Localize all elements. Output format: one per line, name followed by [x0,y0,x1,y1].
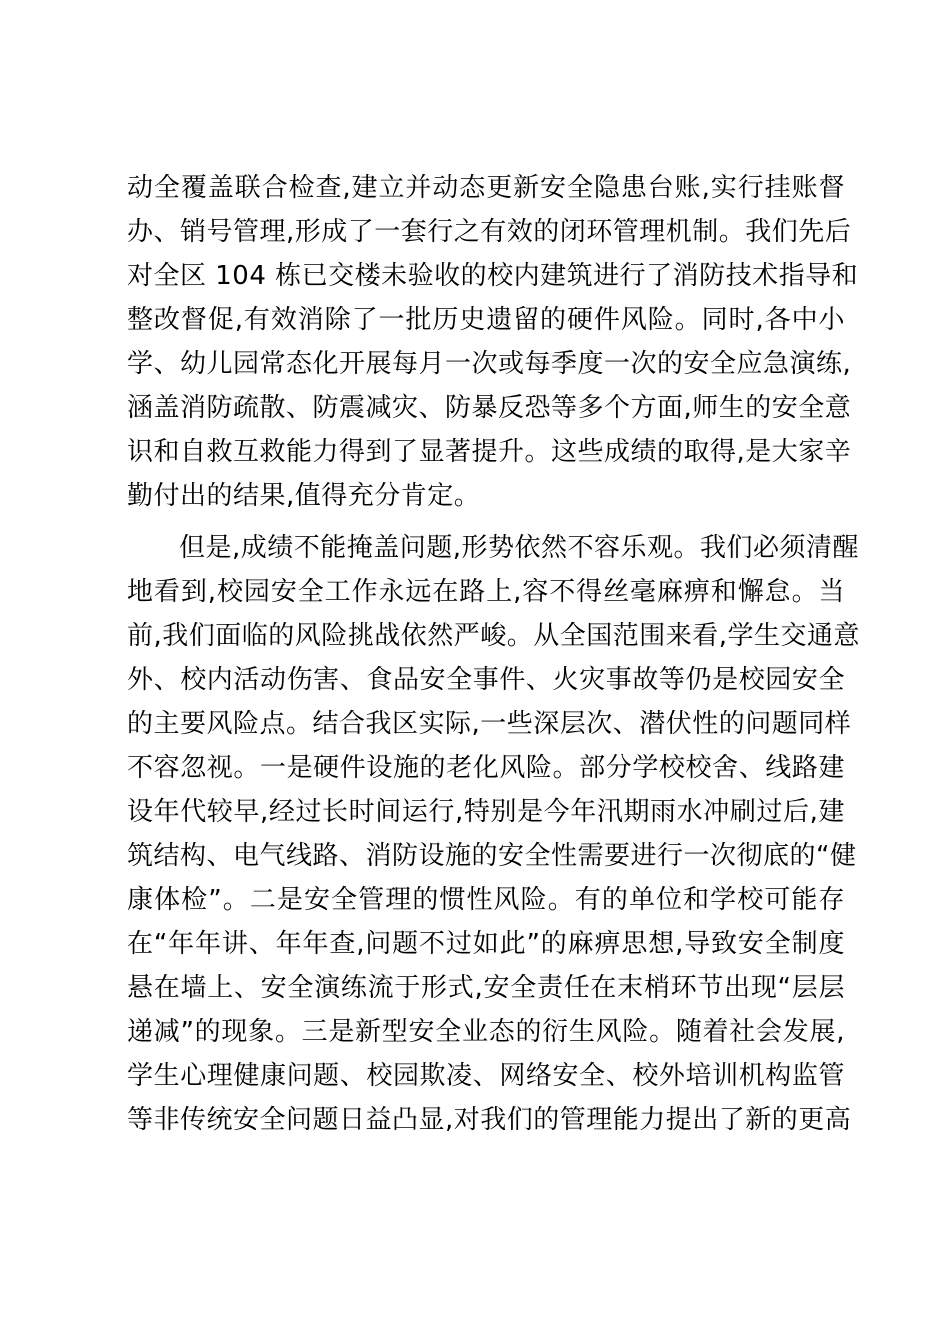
document-body: 动全覆盖联合检查,建立并动态更新安全隐患台账,实行挂账督 办、销号管理,形成了一… [127,166,845,1142]
text-line: 筑结构、电气线路、消防设施的安全性需要进行一次彻底的“健 [127,834,845,878]
text-line: 整改督促,有效消除了一批历史遗留的硬件风险。同时,各中小 [127,298,845,342]
text-line: 但是,成绩不能掩盖问题,形势依然不容乐观。我们必须清醒 [127,526,845,570]
text-line: 学、幼儿园常态化开展每月一次或每季度一次的安全应急演练, [127,342,845,386]
text-line: 不容忽视。一是硬件设施的老化风险。部分学校校舍、线路建 [127,746,845,790]
text-line: 前,我们面临的风险挑战依然严峻。从全国范围来看,学生交通意 [127,614,845,658]
text-line: 悬在墙上、安全演练流于形式,安全责任在末梢环节出现“层层 [127,966,845,1010]
text-line: 地看到,校园安全工作永远在路上,容不得丝毫麻痹和懈怠。当 [127,570,845,614]
text-line: 办、销号管理,形成了一套行之有效的闭环管理机制。我们先后 [127,210,845,254]
text-line: 勤付出的结果,值得充分肯定。 [127,474,845,518]
text-line: 等非传统安全问题日益凸显,对我们的管理能力提出了新的更高 [127,1098,845,1142]
text-line: 设年代较早,经过长时间运行,特别是今年汛期雨水冲刷过后,建 [127,790,845,834]
document-page: 动全覆盖联合检查,建立并动态更新安全隐患台账,实行挂账督 办、销号管理,形成了一… [0,0,950,1344]
text-line: 对全区 104 栋已交楼未验收的校内建筑进行了消防技术指导和 [127,254,845,298]
text-line: 在“年年讲、年年查,问题不过如此”的麻痹思想,导致安全制度 [127,922,845,966]
paragraph-1: 动全覆盖联合检查,建立并动态更新安全隐患台账,实行挂账督 办、销号管理,形成了一… [127,166,845,518]
paragraph-2: 但是,成绩不能掩盖问题,形势依然不容乐观。我们必须清醒 地看到,校园安全工作永远… [127,526,845,1142]
text-line: 识和自救互救能力得到了显著提升。这些成绩的取得,是大家辛 [127,430,845,474]
text-line: 动全覆盖联合检查,建立并动态更新安全隐患台账,实行挂账督 [127,166,845,210]
text-line: 外、校内活动伤害、食品安全事件、火灾事故等仍是校园安全 [127,658,845,702]
text-line: 递减”的现象。三是新型安全业态的衍生风险。随着社会发展, [127,1010,845,1054]
text-line: 涵盖消防疏散、防震减灾、防暴反恐等多个方面,师生的安全意 [127,386,845,430]
text-line: 的主要风险点。结合我区实际,一些深层次、潜伏性的问题同样 [127,702,845,746]
text-line: 康体检”。二是安全管理的惯性风险。有的单位和学校可能存 [127,878,845,922]
text-line: 学生心理健康问题、校园欺凌、网络安全、校外培训机构监管 [127,1054,845,1098]
